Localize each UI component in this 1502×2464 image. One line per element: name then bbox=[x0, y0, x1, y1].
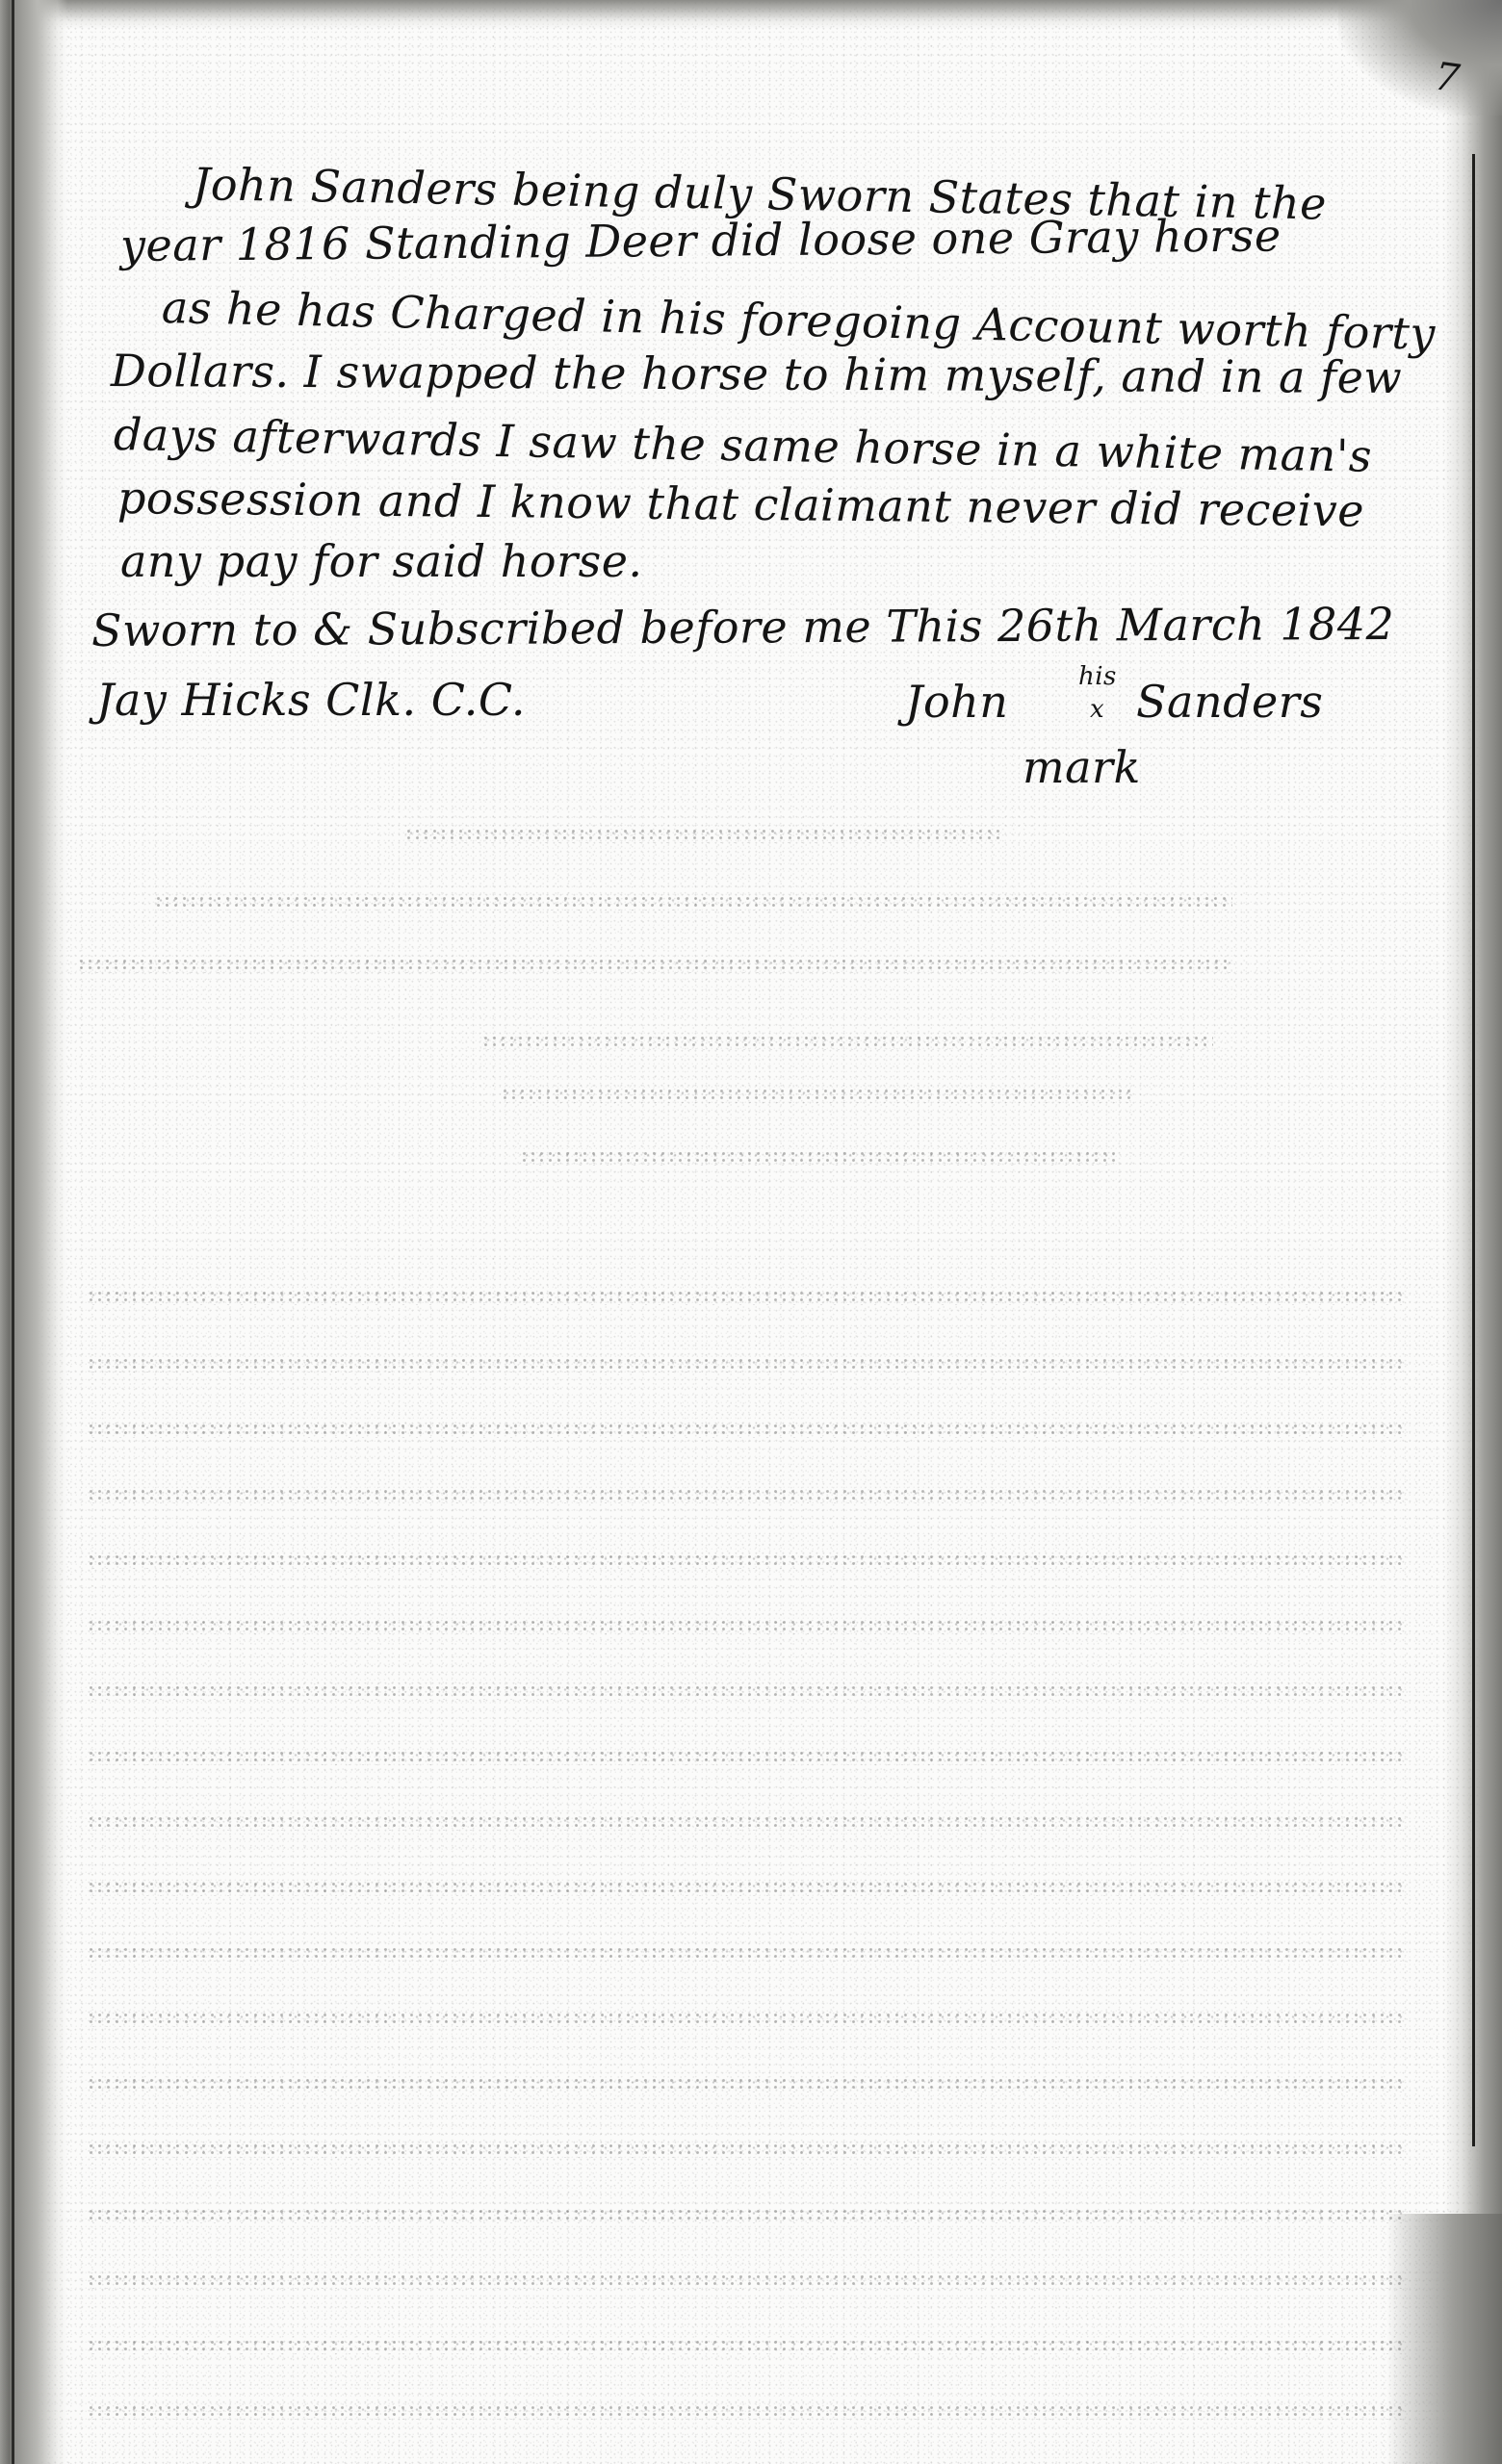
bleed-line bbox=[87, 1290, 1406, 1305]
bleed-line bbox=[87, 2077, 1406, 2092]
affidavit-line-2: year 1816 Standing Deer did loose one Gr… bbox=[120, 213, 1282, 268]
corner-shadow bbox=[1338, 0, 1502, 115]
affidavit-line-6: possession and I know that claimant neve… bbox=[117, 475, 1365, 533]
affidavit-line-4: Dollars. I swapped the horse to him myse… bbox=[111, 348, 1403, 399]
document-scan: 7 John Sanders being duly Sworn States t… bbox=[0, 0, 1502, 2464]
bleed-line bbox=[154, 895, 1232, 911]
bleed-line bbox=[87, 1815, 1406, 1831]
his-label: his bbox=[1078, 662, 1117, 691]
bleed-line bbox=[87, 2012, 1406, 2027]
jurat-line: Sworn to & Subscribed before me This 26t… bbox=[91, 602, 1395, 653]
x-mark: x bbox=[1090, 695, 1104, 724]
bleed-line bbox=[87, 2404, 1406, 2420]
bleed-line bbox=[87, 2143, 1406, 2158]
affidavit-line-7: any pay for said horse. bbox=[120, 539, 643, 583]
bleed-line bbox=[87, 2208, 1406, 2223]
right-page-edge bbox=[1444, 0, 1502, 2464]
binding-edge bbox=[0, 0, 67, 2464]
bleed-line bbox=[87, 1423, 1406, 1438]
bleed-line bbox=[87, 1553, 1406, 1569]
bleed-line bbox=[87, 1684, 1406, 1700]
bleed-line bbox=[87, 2273, 1406, 2289]
bleed-line bbox=[404, 828, 1001, 843]
bleed-line bbox=[87, 1619, 1406, 1634]
bleed-line bbox=[87, 1881, 1406, 1896]
clerk-signature: Jay Hicks Clk. C.C. bbox=[96, 678, 526, 722]
bleed-line bbox=[87, 1946, 1406, 1962]
bleed-line bbox=[87, 2339, 1406, 2354]
top-page-edge bbox=[0, 0, 1502, 29]
signer-last-name: Sanders bbox=[1136, 676, 1323, 728]
mark-label: mark bbox=[1023, 741, 1141, 793]
bleed-line bbox=[87, 1488, 1406, 1503]
bleed-line bbox=[520, 1150, 1117, 1166]
bleed-line bbox=[87, 1750, 1406, 1765]
affidavit-line-5: days afterwards I saw the same horse in … bbox=[114, 412, 1373, 478]
bleed-line bbox=[501, 1088, 1136, 1103]
signer-first-name: John bbox=[905, 676, 1008, 728]
bleed-line bbox=[87, 1357, 1406, 1373]
bleed-line bbox=[77, 958, 1232, 973]
bleed-line bbox=[481, 1035, 1213, 1050]
